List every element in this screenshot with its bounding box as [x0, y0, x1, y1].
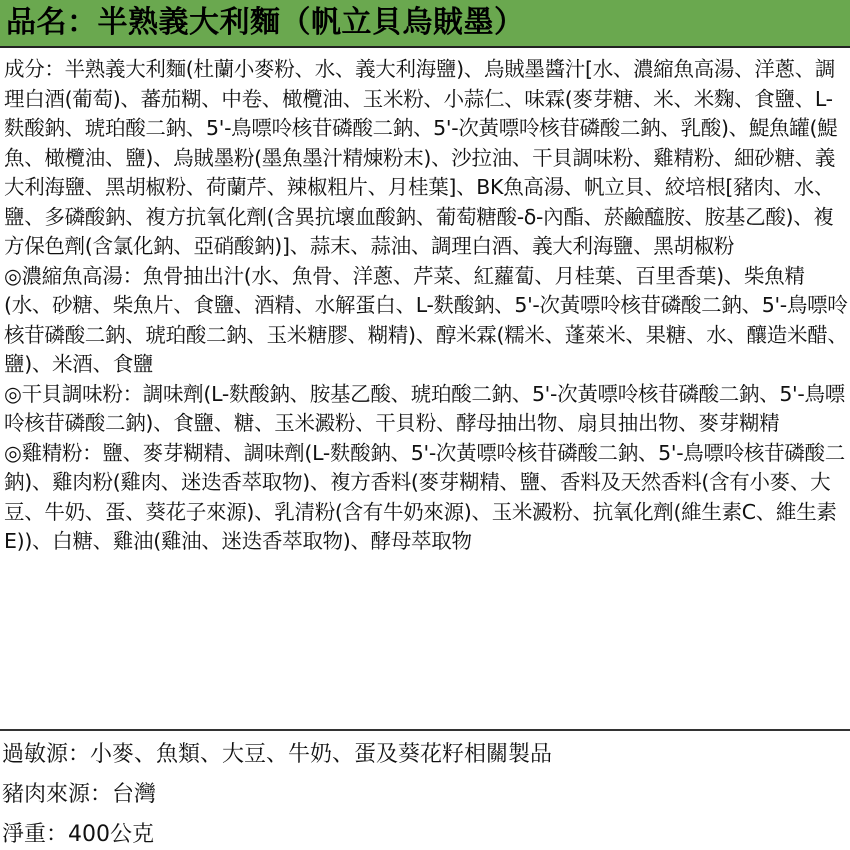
product-info-section: 過敏源：小麥、魚類、大豆、牛奶、蛋及葵花籽相關製品 豬肉來源：台灣 淨重：400… — [2, 735, 552, 850]
allergens-text: 過敏源：小麥、魚類、大豆、牛奶、蛋及葵花籽相關製品 — [2, 735, 552, 775]
product-name-title: 品名：半熟義大利麵（帆立貝烏賊墨） — [6, 3, 525, 43]
product-name-header: 品名：半熟義大利麵（帆立貝烏賊墨） — [0, 0, 850, 48]
ingredients-main: 成分：半熟義大利麵(杜蘭小麥粉、水、義大利海鹽)、烏賊墨醬汁[水、濃縮魚高湯、洋… — [4, 55, 850, 262]
ingredients-chicken-powder: ◎雞精粉：鹽、麥芽糊精、調味劑(L-麩酸鈉、5'-次黃嘌呤核苷磷酸二鈉、5'-鳥… — [4, 439, 850, 557]
ingredients-section: 成分：半熟義大利麵(杜蘭小麥粉、水、義大利海鹽)、烏賊墨醬汁[水、濃縮魚高湯、洋… — [4, 55, 850, 557]
section-divider — [0, 729, 850, 731]
net-weight-text: 淨重：400公克 — [2, 815, 552, 850]
ingredients-scallop-seasoning: ◎干貝調味粉：調味劑(L-麩酸鈉、胺基乙酸、琥珀酸二鈉、5'-次黃嘌呤核苷磷酸二… — [4, 380, 850, 439]
pork-origin-text: 豬肉來源：台灣 — [2, 775, 552, 815]
ingredients-fish-stock: ◎濃縮魚高湯：魚骨抽出汁(水、魚骨、洋蔥、芹菜、紅蘿蔔、月桂葉、百里香葉)、柴魚… — [4, 262, 850, 380]
